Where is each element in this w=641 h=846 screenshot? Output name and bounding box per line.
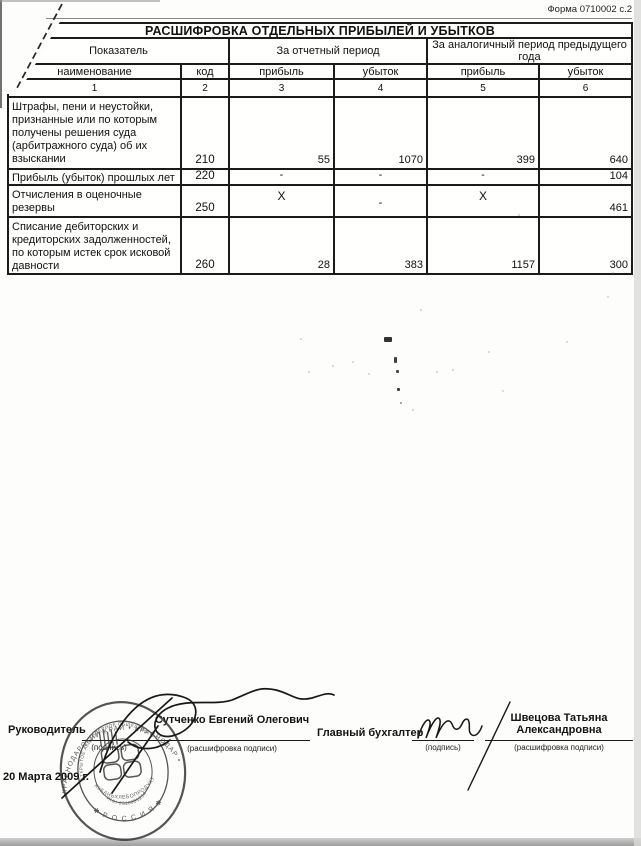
accountant-signature-slash [468, 702, 510, 790]
row-220-col5: - [428, 170, 540, 186]
row-210-col5: 399 [428, 98, 540, 170]
row-250-col5: X [428, 186, 540, 218]
row-260-col5: 1157 [428, 218, 540, 275]
row-260-col6: 300 [540, 218, 633, 275]
ink-speck [518, 214, 520, 216]
subheader-code: код [182, 65, 230, 80]
row-250-col3: X [230, 186, 335, 218]
row-250-col4: - [335, 186, 428, 218]
row-210-col6: 640 [540, 98, 633, 170]
ink-speck [332, 365, 334, 367]
ink-speck [502, 390, 504, 392]
ink-speck [436, 371, 438, 373]
row-250-code: 250 [182, 186, 230, 218]
colnum-2: 2 [182, 80, 230, 98]
row-220-col6: 104 [540, 170, 633, 186]
ink-speck [452, 369, 454, 371]
colnum-3: 3 [230, 80, 335, 98]
row-220-col3: - [230, 170, 335, 186]
scan-edge-right [634, 0, 641, 846]
ink-speck [488, 351, 490, 353]
ink-speck [612, 272, 614, 274]
colnum-1: 1 [9, 80, 182, 98]
scan-edge-left [0, 0, 2, 108]
ink-speck [352, 361, 354, 363]
row-250-col6: 461 [540, 186, 633, 218]
row-260-code: 260 [182, 218, 230, 275]
form-number: Форма 0710002 с.2 [430, 4, 632, 15]
ink-speck [400, 402, 402, 404]
table-title: РАСШИФРОВКА ОТДЕЛЬНЫХ ПРИБЫЛЕЙ И УБЫТКОВ [9, 24, 633, 39]
row-260-col3: 28 [230, 218, 335, 275]
ink-speck [607, 296, 609, 298]
ink-speck [412, 409, 414, 411]
row-220-code: 220 [182, 170, 230, 186]
ceo-signature-ink [62, 689, 334, 798]
row-220-col4: - [335, 170, 428, 186]
row-260-name: Списание дебиторских и кредиторских задо… [9, 218, 182, 275]
colnum-6: 6 [540, 80, 633, 98]
header-reporting-period: За отчетный период [230, 39, 428, 65]
row-260-col4: 383 [335, 218, 428, 275]
scanned-document-page: { "page": { "form_note": "Форма 0710002 … [0, 0, 641, 846]
row-210-name: Штрафы, пени и неустойки, признанные или… [9, 98, 182, 170]
ink-speck [420, 309, 422, 311]
ink-speck [396, 370, 399, 373]
ink-speck [566, 341, 568, 343]
ink-speck [397, 388, 400, 391]
profit-loss-breakdown-table: РАСШИФРОВКА ОТДЕЛЬНЫХ ПРИБЫЛЕЙ И УБЫТКОВ… [7, 22, 633, 275]
subheader-loss2: убыток [540, 65, 633, 80]
ink-speck [300, 338, 302, 340]
header-previous-period: За аналогичный период предыдущего года [428, 39, 633, 65]
row-220-name: Прибыль (убыток) прошлых лет [9, 170, 182, 186]
row-210-col3: 55 [230, 98, 335, 170]
ink-speck [384, 337, 392, 342]
row-250-name: Отчисления в оценочные резервы [9, 186, 182, 218]
table-double-border-line [46, 18, 632, 19]
ink-speck [308, 371, 310, 373]
row-210-col4: 1070 [335, 98, 428, 170]
handwritten-signatures [40, 680, 520, 820]
ink-speck [394, 357, 397, 363]
subheader-profit2: прибыль [428, 65, 540, 80]
subheader-loss1: убыток [335, 65, 428, 80]
scan-edge-top [0, 0, 160, 2]
colnum-5: 5 [428, 80, 540, 98]
subheader-profit1: прибыль [230, 65, 335, 80]
accountant-signature-ink [418, 718, 482, 738]
ink-speck [368, 373, 370, 375]
document-date: 20 Марта 2009 г. [3, 771, 89, 783]
colnum-4: 4 [335, 80, 428, 98]
header-indicator: Показатель [9, 39, 230, 65]
subheader-name: наименование [9, 65, 182, 80]
row-210-code: 210 [182, 98, 230, 170]
